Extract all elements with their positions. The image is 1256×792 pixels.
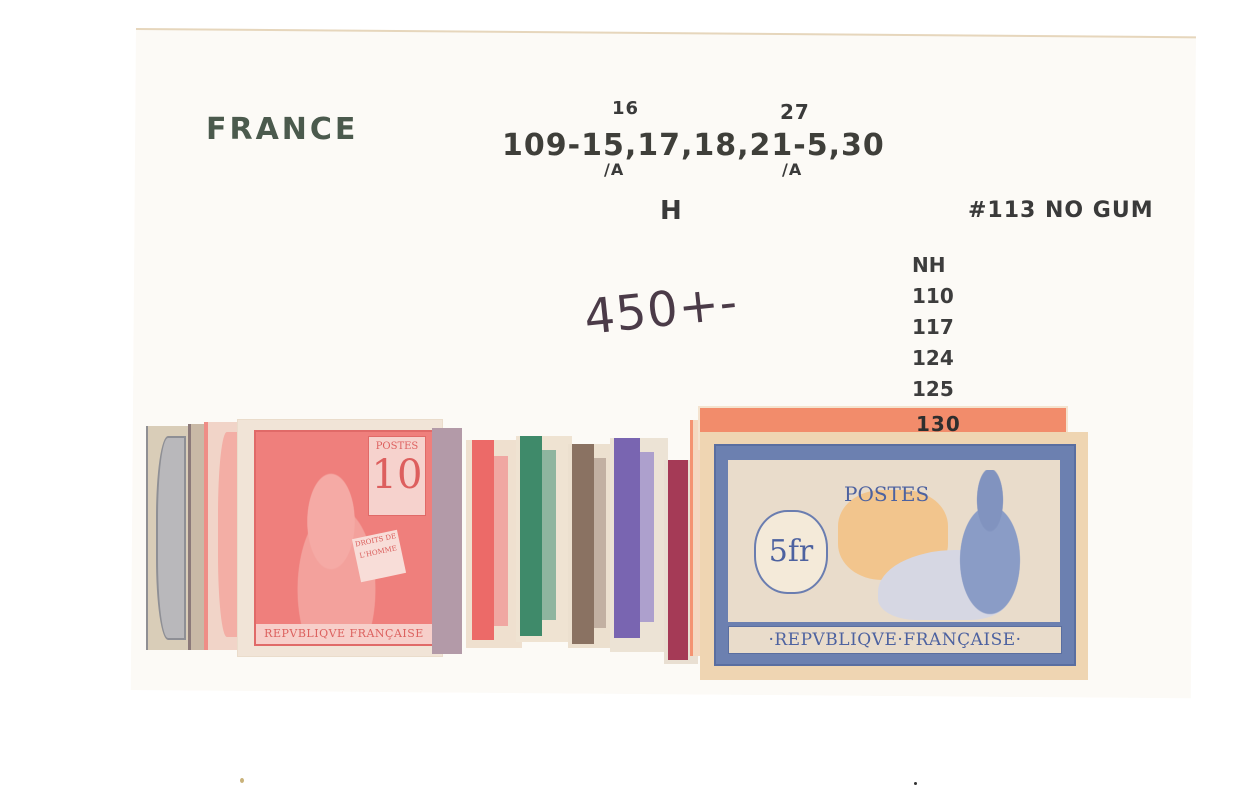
country-label: REPVBLIQVE FRANÇAISE [256,624,432,644]
value-tablet: POSTES 10 [368,436,426,516]
stamp-violet-partial [610,438,668,652]
dust-speck [914,782,917,785]
stamp-value: 5fr [754,510,828,594]
postes-label: POSTES [844,482,929,506]
stamp-mauve-partial [432,428,462,654]
stamp-frame: POSTES 10 DROITS DE L'HOMME REPVBLIQVE F… [254,430,434,646]
country-label: ·REPVBLIQVE·FRANÇAISE· [728,626,1062,654]
stamp-blue-5fr: POSTES 5fr ·REPVBLIQVE·FRANÇAISE· [700,432,1088,680]
dust-speck [240,778,244,783]
stamp-vignette: POSTES 5fr [728,460,1060,622]
allegory-figure-image [940,470,1040,620]
stamp-red-partial [466,440,522,648]
stamp-green-partial [516,436,572,642]
stamp-group: POSTES 10 DROITS DE L'HOMME REPVBLIQVE F… [0,0,1256,792]
postes-label: POSTES [369,441,425,452]
stamp-frame: POSTES 5fr ·REPVBLIQVE·FRANÇAISE· [714,444,1076,666]
stamp-red-10c: POSTES 10 DROITS DE L'HOMME REPVBLIQVE F… [238,420,442,656]
droits-tablet: DROITS DE L'HOMME [352,530,406,583]
stamp-value: 10 [369,452,425,498]
